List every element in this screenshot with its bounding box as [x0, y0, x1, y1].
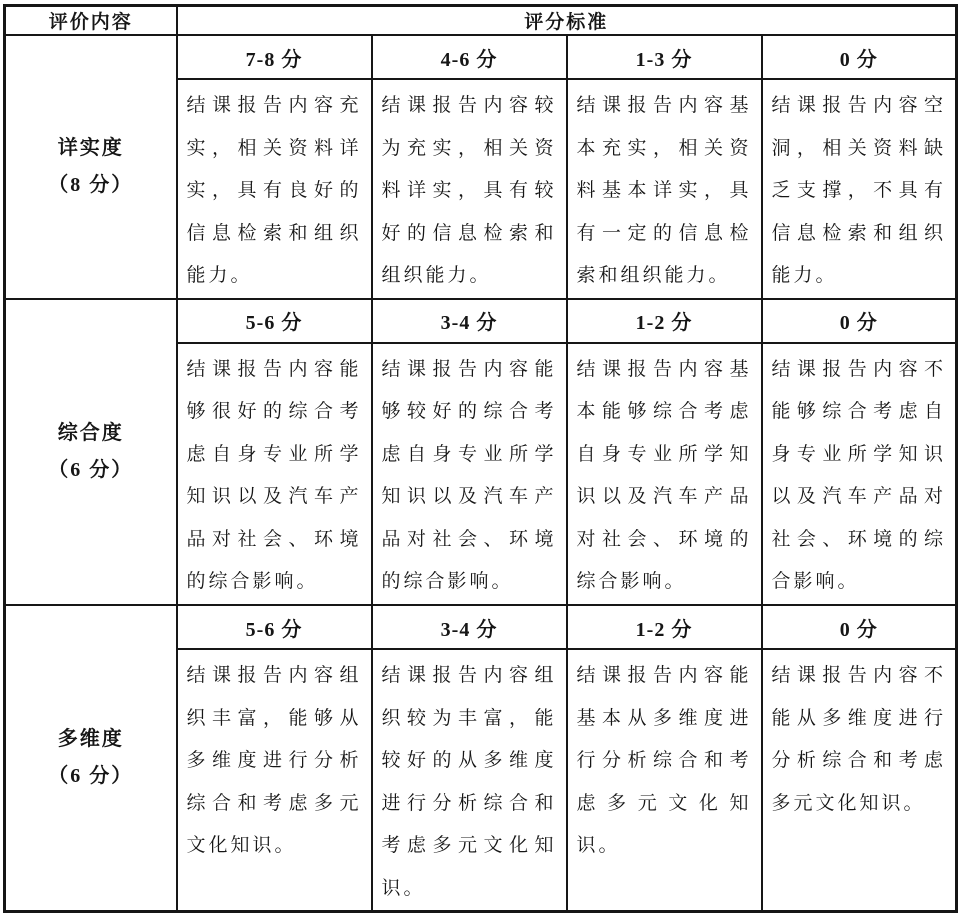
- criterion-description: 结课报告内容不能够综合考虑自身专业所学知识以及汽车产品对社会、环境的综合影响。: [762, 343, 957, 605]
- criterion-name: 详实度: [6, 130, 176, 167]
- score-band-header: 0 分: [762, 605, 957, 649]
- criterion-description: 结课报告内容空洞，相关资料缺乏支撑，不具有信息检索和组织能力。: [762, 79, 957, 299]
- criterion-label-comprehensive: 综合度 （6 分）: [5, 299, 177, 605]
- score-band-row-multidimensional: 多维度 （6 分） 5-6 分 3-4 分 1-2 分 0 分: [5, 605, 957, 649]
- criterion-points: （6 分）: [6, 758, 176, 795]
- criterion-description: 结课报告内容能够很好的综合考虑自身专业所学知识以及汽车产品对社会、环境的综合影响…: [177, 343, 372, 605]
- score-band-header: 3-4 分: [372, 299, 567, 343]
- criterion-description: 结课报告内容组织较为丰富，能较好的从多维度进行分析综合和考虑多元文化知识。: [372, 649, 567, 912]
- criterion-description: 结课报告内容能基本从多维度进行分析综合和考虑多元文化知识。: [567, 649, 762, 912]
- score-band-header: 0 分: [762, 299, 957, 343]
- criterion-description: 结课报告内容基本充实，相关资料基本详实，具有一定的信息检索和组织能力。: [567, 79, 762, 299]
- score-band-header: 3-4 分: [372, 605, 567, 649]
- score-band-header: 1-3 分: [567, 35, 762, 79]
- header-scoring-standard: 评分标准: [177, 6, 957, 36]
- score-band-header: 0 分: [762, 35, 957, 79]
- criterion-description: 结课报告内容组织丰富，能够从多维度进行分析综合和考虑多元文化知识。: [177, 649, 372, 912]
- table-header-row: 评价内容 评分标准: [5, 6, 957, 36]
- criterion-description: 结课报告内容较为充实，相关资料详实，具有较好的信息检索和组织能力。: [372, 79, 567, 299]
- score-band-header: 1-2 分: [567, 299, 762, 343]
- criterion-label-multidimensional: 多维度 （6 分）: [5, 605, 177, 912]
- criterion-description: 结课报告内容基本能够综合考虑自身专业所学知识以及汽车产品对社会、环境的综合影响。: [567, 343, 762, 605]
- score-band-header: 7-8 分: [177, 35, 372, 79]
- score-band-header: 5-6 分: [177, 605, 372, 649]
- criterion-description: 结课报告内容充实，相关资料详实，具有良好的信息检索和组织能力。: [177, 79, 372, 299]
- criterion-label-detail: 详实度 （8 分）: [5, 35, 177, 299]
- criterion-points: （8 分）: [6, 167, 176, 204]
- criterion-points: （6 分）: [6, 452, 176, 489]
- criterion-description: 结课报告内容不能从多维度进行分析综合和考虑多元文化知识。: [762, 649, 957, 912]
- criterion-name: 综合度: [6, 415, 176, 452]
- score-band-row-comprehensive: 综合度 （6 分） 5-6 分 3-4 分 1-2 分 0 分: [5, 299, 957, 343]
- score-band-header: 4-6 分: [372, 35, 567, 79]
- score-band-header: 5-6 分: [177, 299, 372, 343]
- header-evaluation-content: 评价内容: [5, 6, 177, 36]
- evaluation-rubric-table: 评价内容 评分标准 详实度 （8 分） 7-8 分 4-6 分 1-3 分 0 …: [3, 4, 958, 913]
- criterion-name: 多维度: [6, 721, 176, 758]
- score-band-row-detail: 详实度 （8 分） 7-8 分 4-6 分 1-3 分 0 分: [5, 35, 957, 79]
- criterion-description: 结课报告内容能够较好的综合考虑自身专业所学知识以及汽车产品对社会、环境的综合影响…: [372, 343, 567, 605]
- score-band-header: 1-2 分: [567, 605, 762, 649]
